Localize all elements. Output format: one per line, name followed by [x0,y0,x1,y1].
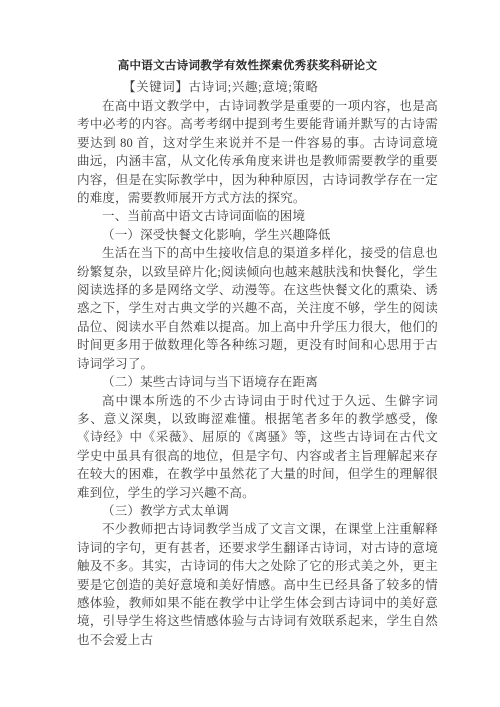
body-paragraph: 高中课本所选的不少古诗词由于时代过于久远、生僻字词多、意义深奥，以致晦涩难懂。根… [77,392,438,502]
document-title: 高中语文古诗词教学有效性探索优秀获奖科研论文 [57,56,438,77]
intro-paragraph: 在高中语文教学中，古诗词教学是重要的一项内容，也是高考中必考的内容。高考考纲中提… [77,97,438,207]
subsection-heading-1-2: （二）某些古诗词与当下语境存在距离 [77,373,438,391]
body-paragraph: 不少教师把古诗词教学当成了文言文课，在课堂上注重解释诗词的字句，更有甚者，还要求… [77,520,438,649]
keywords-line: 【关键词】古诗词;兴趣;意境;策略 [77,78,438,97]
section-heading-1: 一、当前高中语文古诗词面临的困境 [77,207,438,225]
body-paragraph: 生活在当下的高中生接收信息的渠道多样化，接受的信息也纷繁复杂，以致呈碎片化;阅读… [77,244,438,373]
subsection-heading-1-1: （一）深受快餐文化影响，学生兴趣降低 [77,226,438,244]
subsection-heading-1-3: （三）教学方式太单调 [77,502,438,520]
document-page: 高中语文古诗词教学有效性探索优秀获奖科研论文 【关键词】古诗词;兴趣;意境;策略… [0,0,500,707]
